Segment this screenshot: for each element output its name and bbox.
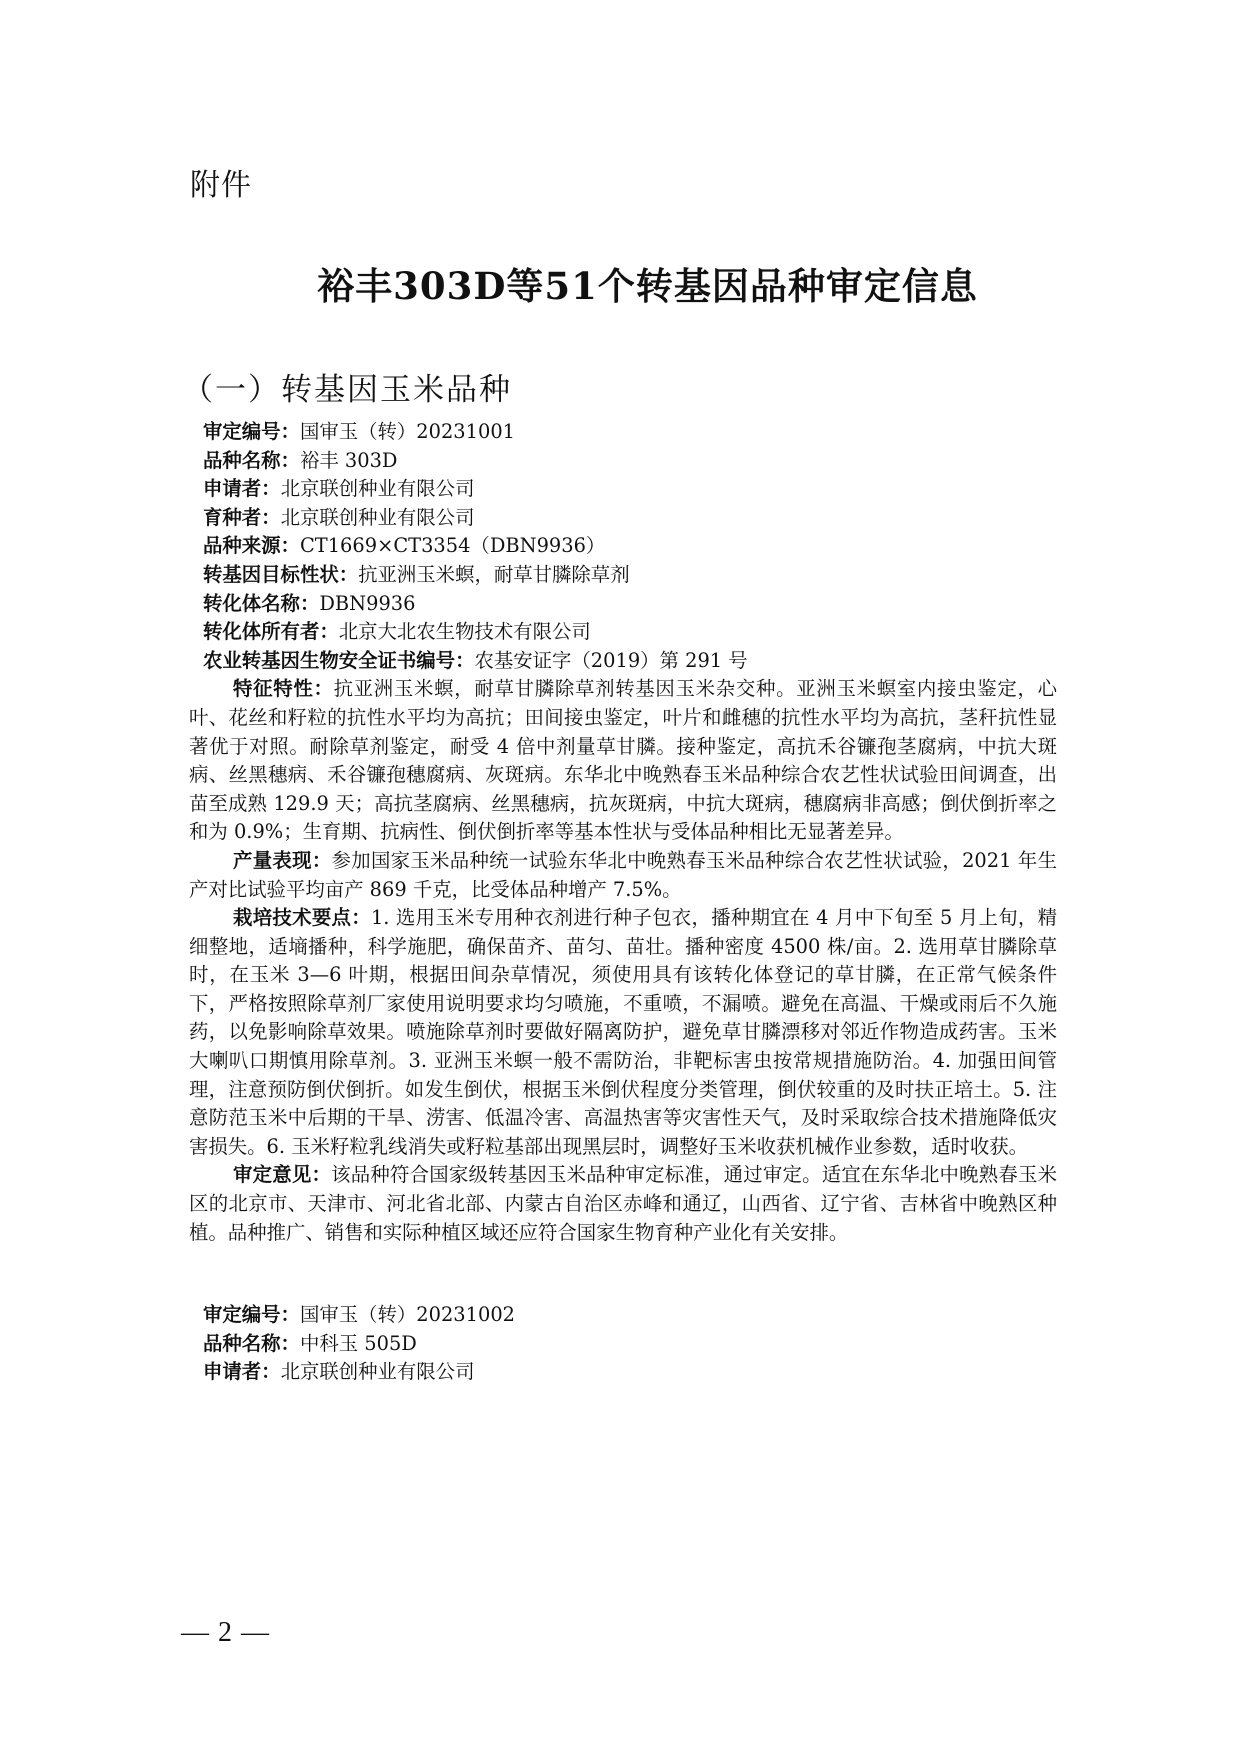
field-value: DBN9936 [319,592,415,615]
document-title: 裕丰303D等51个转基因品种审定信息 [0,256,1240,310]
paragraph-cultivation: 栽培技术要点：1. 选用玉米专用种衣剂进行种子包衣，播种期宜在 4 月中下旬至 … [189,904,1057,1161]
field-applicant: 申请者：北京联创种业有限公司 [189,475,1057,504]
paragraph-label: 产量表现： [233,849,332,872]
paragraph-approval-opinion: 审定意见：该品种符合国家级转基因玉米品种审定标准，通过审定。适宜在东华北中晚熟春… [189,1161,1057,1247]
paragraph-yield: 产量表现：参加国家玉米品种统一试验东华北中晚熟春玉米品种综合农艺性状试验，202… [189,847,1057,904]
field-applicant: 申请者：北京联创种业有限公司 [189,1358,1057,1387]
field-biosafety-certificate: 农业转基因生物安全证书编号：农基安证字（2019）第 291 号 [189,647,1057,676]
field-label: 申请者： [203,1360,281,1383]
paragraph-text: 1. 选用玉米专用种衣剂进行种子包衣，播种期宜在 4 月中下旬至 5 月上旬，精… [189,906,1057,1158]
field-label: 转化体名称： [203,592,319,615]
field-value: 裕丰 303D [300,449,398,472]
field-breeder: 育种者：北京联创种业有限公司 [189,504,1057,533]
field-event-name: 转化体名称：DBN9936 [189,590,1057,619]
paragraph-text: 抗亚洲玉米螟，耐草甘膦除草剂转基因玉米杂交种。亚洲玉米螟室内接虫鉴定，心叶、花丝… [189,677,1057,843]
field-label: 品种名称： [203,449,300,472]
field-value: 农基安证字（2019）第 291 号 [474,649,747,672]
document-page: 附件 裕丰303D等51个转基因品种审定信息 （一）转基因玉米品种 审定编号：国… [0,0,1240,1754]
field-label: 审定编号： [203,420,300,443]
variety-record: 审定编号：国审玉（转）20231001 品种名称：裕丰 303D 申请者：北京联… [189,418,1057,1247]
variety-record: 审定编号：国审玉（转）20231002 品种名称：中科玉 505D 申请者：北京… [189,1301,1057,1387]
field-value: 国审玉（转）20231002 [300,1303,515,1326]
field-event-owner: 转化体所有者：北京大北农生物技术有限公司 [189,618,1057,647]
field-variety-name: 品种名称：中科玉 505D [189,1330,1057,1359]
paragraph-label: 特征特性： [233,677,334,700]
field-variety-name: 品种名称：裕丰 303D [189,447,1057,476]
spacer [189,1247,1057,1301]
field-label: 品种来源： [203,534,300,557]
field-label: 转化体所有者： [203,620,339,643]
paragraph-characteristics: 特征特性：抗亚洲玉米螟，耐草甘膦除草剂转基因玉米杂交种。亚洲玉米螟室内接虫鉴定，… [189,675,1057,847]
field-value: 国审玉（转）20231001 [300,420,515,443]
field-label: 育种者： [203,506,281,529]
field-value: 北京联创种业有限公司 [281,506,475,529]
field-approval-number: 审定编号：国审玉（转）20231001 [189,418,1057,447]
field-variety-source: 品种来源：CT1669×CT3354（DBN9936） [189,532,1057,561]
field-value: CT1669×CT3354（DBN9936） [300,534,605,557]
paragraph-label: 栽培技术要点： [233,906,371,929]
field-label: 转基因目标性状： [203,563,358,586]
field-target-trait: 转基因目标性状：抗亚洲玉米螟，耐草甘膦除草剂 [189,561,1057,590]
paragraph-label: 审定意见： [233,1163,331,1186]
field-label: 农业转基因生物安全证书编号： [203,649,474,672]
field-label: 申请者： [203,477,281,500]
field-label: 审定编号： [203,1303,300,1326]
section-heading: （一）转基因玉米品种 [182,364,512,409]
attachment-label: 附件 [190,160,252,204]
field-value: 北京联创种业有限公司 [281,1360,475,1383]
document-body: 审定编号：国审玉（转）20231001 品种名称：裕丰 303D 申请者：北京联… [189,418,1057,1387]
page-number: — 2 — [181,1617,270,1649]
field-approval-number: 审定编号：国审玉（转）20231002 [189,1301,1057,1330]
field-label: 品种名称： [203,1332,300,1355]
field-value: 中科玉 505D [300,1332,417,1355]
field-value: 北京大北农生物技术有限公司 [339,620,591,643]
field-value: 抗亚洲玉米螟，耐草甘膦除草剂 [358,563,629,586]
field-value: 北京联创种业有限公司 [281,477,475,500]
